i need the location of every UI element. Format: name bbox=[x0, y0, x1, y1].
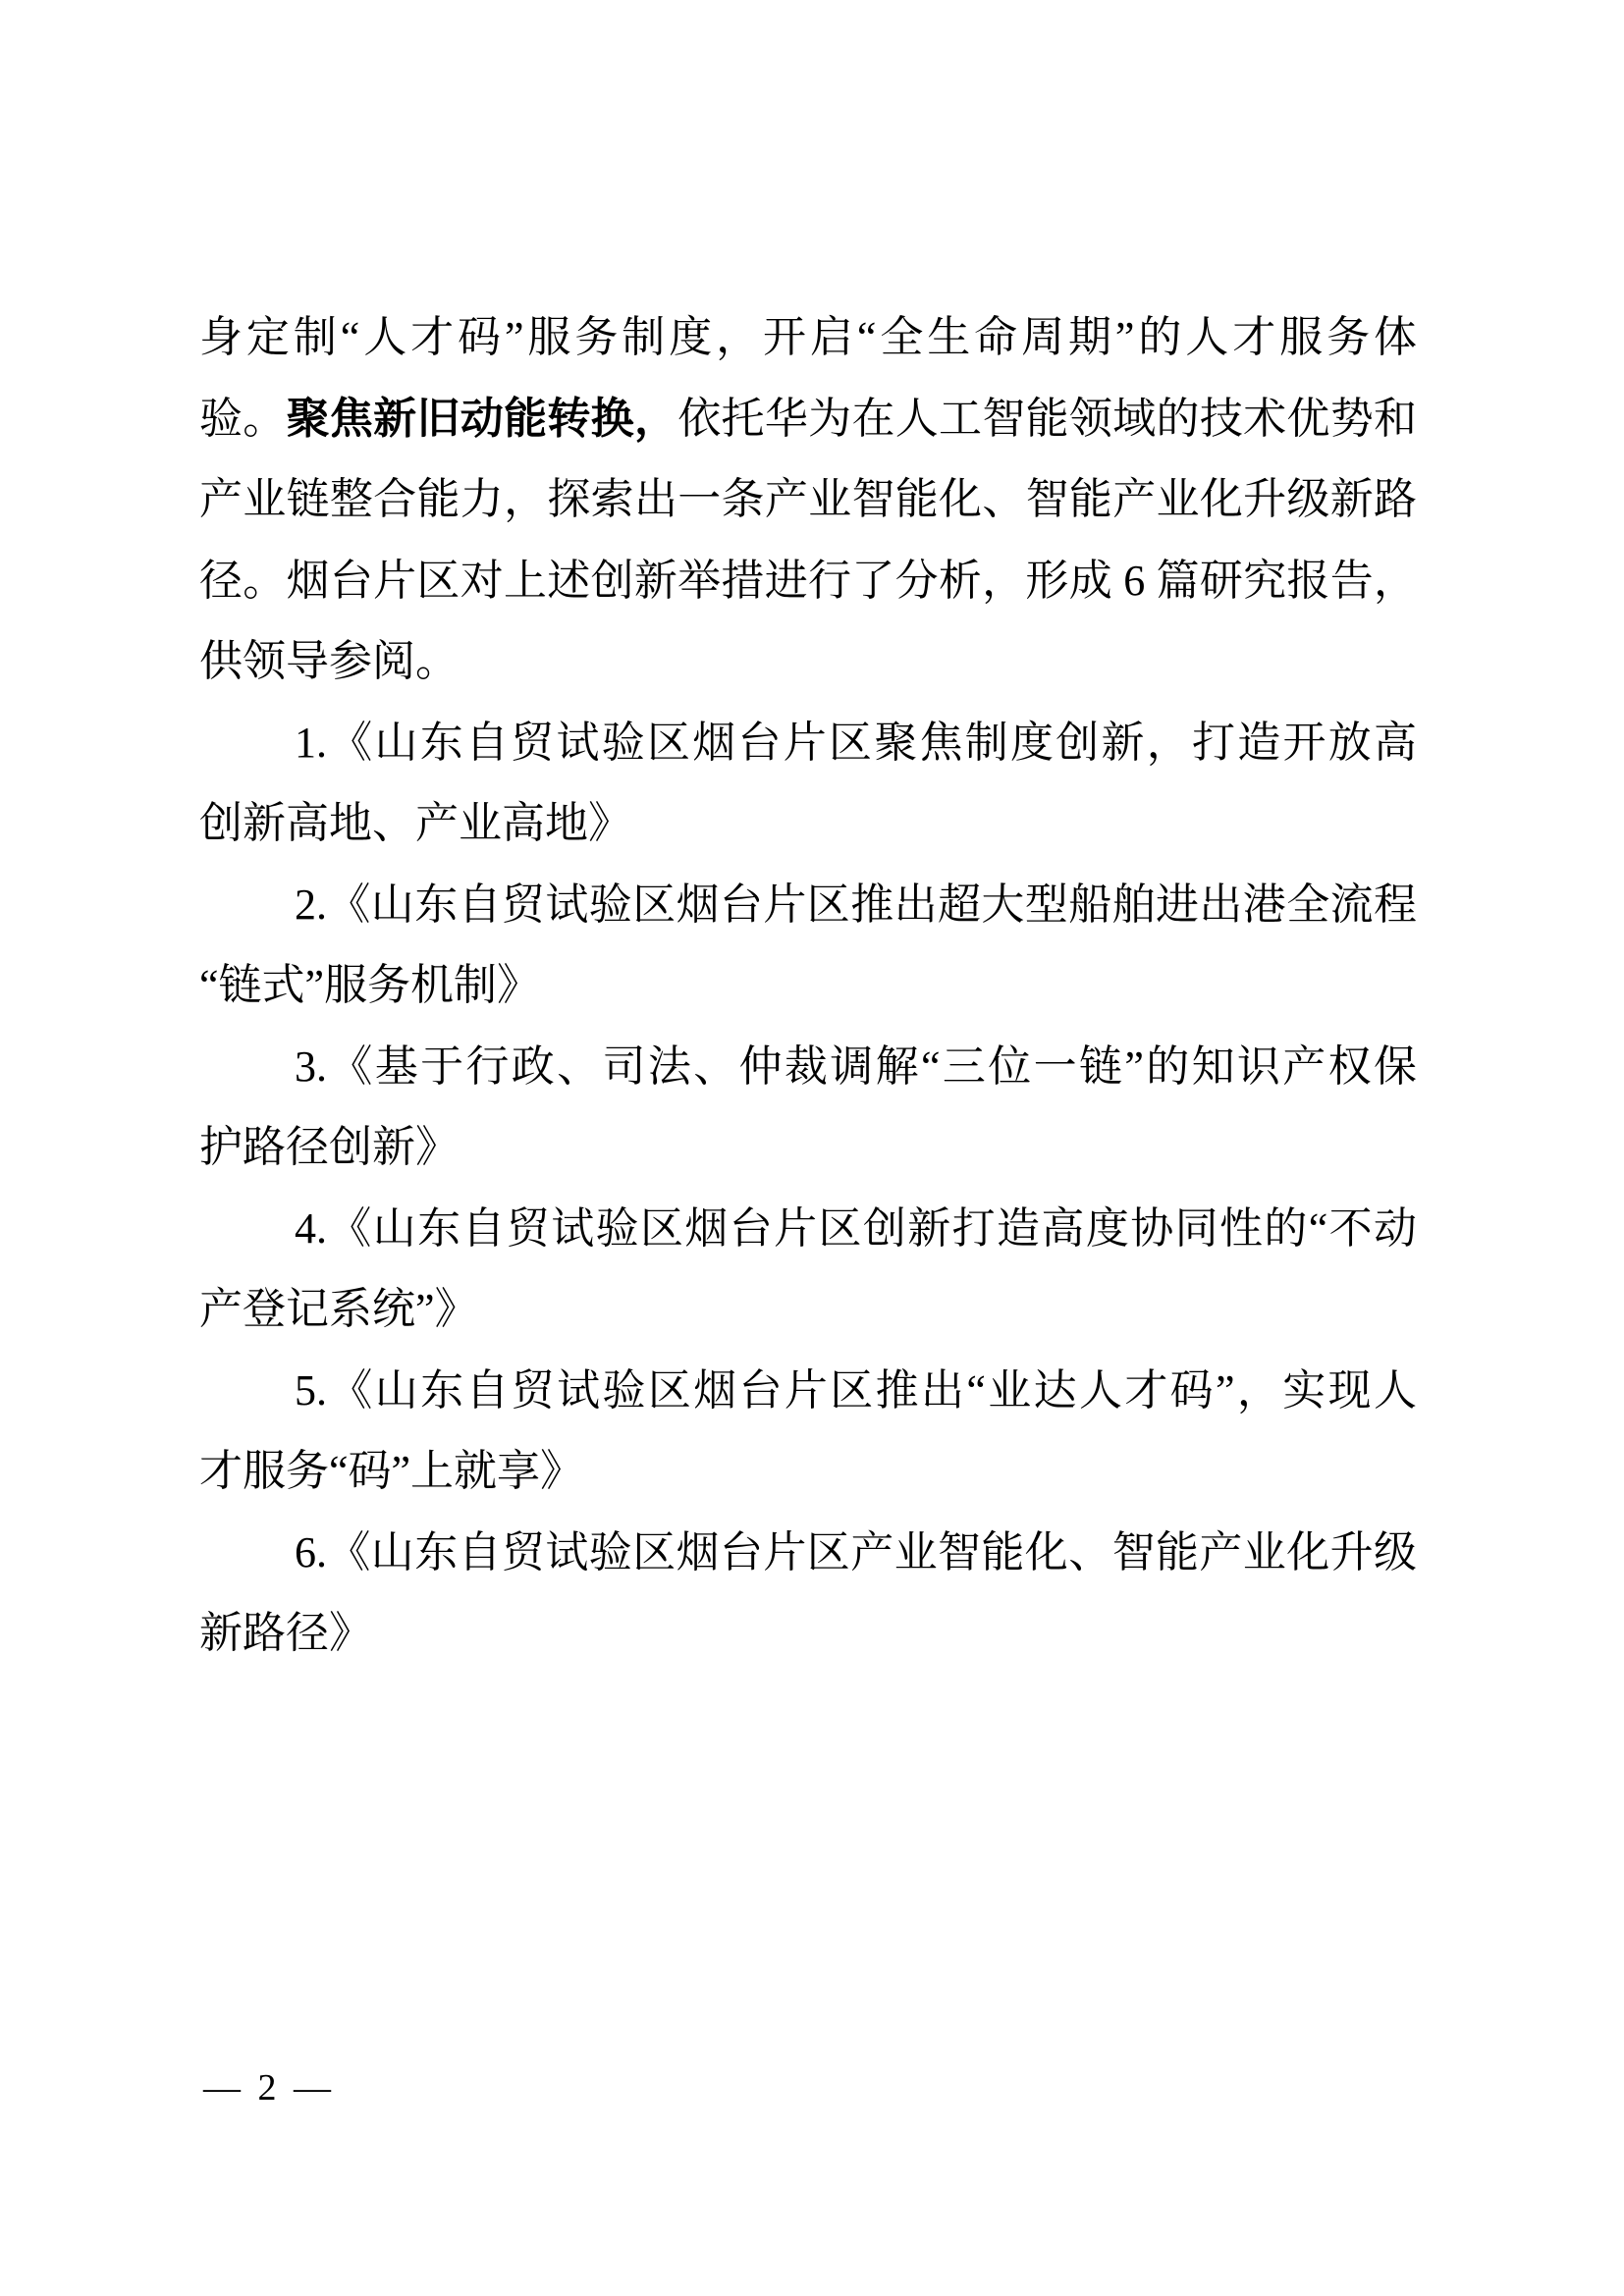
text-line: 供领导参阅。 bbox=[199, 621, 1417, 703]
report-item-3: 3.《基于行政、司法、仲裁调解“三位一链”的知识产权保护路径创新》 bbox=[199, 1027, 1417, 1189]
text-segment: 产业链整合能力，探索出一条产业智能化、智能产业化升级新路 bbox=[199, 475, 1417, 523]
text-line: 产登记系统”》 bbox=[199, 1269, 1417, 1351]
document-body: 身定制“人才码”服务制度，开启“全生命周期”的人才服务体验。聚焦新旧动能转换，依… bbox=[199, 297, 1417, 1675]
document-page: 身定制“人才码”服务制度，开启“全生命周期”的人才服务体验。聚焦新旧动能转换，依… bbox=[0, 0, 1624, 2296]
text-segment: 2.《山东自贸试验区烟台片区推出超大型船舶进出港全流程 bbox=[295, 881, 1417, 929]
text-line: 创新高地、产业高地》 bbox=[199, 783, 1417, 865]
text-line: 1.《山东自贸试验区烟台片区聚焦制度创新，打造开放高地、 bbox=[199, 703, 1417, 784]
text-segment: 3.《基于行政、司法、仲裁调解“三位一链”的知识产权保 bbox=[295, 1042, 1417, 1091]
text-segment: 新路径》 bbox=[199, 1609, 372, 1657]
text-segment: 验。 bbox=[199, 395, 287, 443]
text-segment: 供领导参阅。 bbox=[199, 637, 459, 685]
text-line: 6.《山东自贸试验区烟台片区产业智能化、智能产业化升级 bbox=[199, 1513, 1417, 1594]
text-line: 径。烟台片区对上述创新举措进行了分析，形成 6 篇研究报告， bbox=[199, 541, 1417, 622]
text-segment: 径。烟台片区对上述创新举措进行了分析，形成 6 篇研究报告， bbox=[199, 557, 1417, 605]
text-segment: 5.《山东自贸试验区烟台片区推出“业达人才码”，实现人 bbox=[295, 1366, 1417, 1415]
bold-emphasis: 聚焦新旧动能转换， bbox=[287, 395, 678, 443]
text-line: “链式”服务机制》 bbox=[199, 945, 1417, 1027]
text-segment: “链式”服务机制》 bbox=[199, 961, 540, 1009]
text-segment: 身定制“人才码”服务制度，开启“全生命周期”的人才服务体 bbox=[199, 313, 1417, 361]
text-line: 才服务“码”上就享》 bbox=[199, 1431, 1417, 1513]
text-line: 2.《山东自贸试验区烟台片区推出超大型船舶进出港全流程 bbox=[199, 865, 1417, 946]
paragraph-intro: 身定制“人才码”服务制度，开启“全生命周期”的人才服务体验。聚焦新旧动能转换，依… bbox=[199, 297, 1417, 703]
text-line: 4.《山东自贸试验区烟台片区创新打造高度协同性的“不动 bbox=[199, 1189, 1417, 1270]
text-line: 新路径》 bbox=[199, 1593, 1417, 1675]
report-item-5: 5.《山东自贸试验区烟台片区推出“业达人才码”，实现人才服务“码”上就享》 bbox=[199, 1351, 1417, 1513]
report-item-6: 6.《山东自贸试验区烟台片区产业智能化、智能产业化升级新路径》 bbox=[199, 1513, 1417, 1675]
text-segment: 依托华为在人工智能领域的技术优势和 bbox=[677, 395, 1417, 443]
text-line: 身定制“人才码”服务制度，开启“全生命周期”的人才服务体 bbox=[199, 297, 1417, 379]
text-line: 护路径创新》 bbox=[199, 1107, 1417, 1189]
text-line: 5.《山东自贸试验区烟台片区推出“业达人才码”，实现人 bbox=[199, 1351, 1417, 1432]
text-line: 产业链整合能力，探索出一条产业智能化、智能产业化升级新路 bbox=[199, 459, 1417, 541]
text-segment: 6.《山东自贸试验区烟台片区产业智能化、智能产业化升级 bbox=[295, 1528, 1417, 1576]
text-segment: 产登记系统”》 bbox=[199, 1285, 478, 1333]
text-segment: 才服务“码”上就享》 bbox=[199, 1447, 583, 1495]
text-segment: 4.《山东自贸试验区烟台片区创新打造高度协同性的“不动 bbox=[295, 1204, 1417, 1253]
text-segment: 护路径创新》 bbox=[199, 1123, 459, 1171]
text-segment: 创新高地、产业高地》 bbox=[199, 799, 631, 847]
text-line: 验。聚焦新旧动能转换，依托华为在人工智能领域的技术优势和 bbox=[199, 379, 1417, 460]
report-item-1: 1.《山东自贸试验区烟台片区聚焦制度创新，打造开放高地、创新高地、产业高地》 bbox=[199, 703, 1417, 865]
page-number: — 2 — bbox=[203, 2064, 335, 2111]
text-segment: 1.《山东自贸试验区烟台片区聚焦制度创新，打造开放高地、 bbox=[295, 719, 1417, 784]
report-item-2: 2.《山东自贸试验区烟台片区推出超大型船舶进出港全流程“链式”服务机制》 bbox=[199, 865, 1417, 1027]
text-line: 3.《基于行政、司法、仲裁调解“三位一链”的知识产权保 bbox=[199, 1027, 1417, 1108]
report-item-4: 4.《山东自贸试验区烟台片区创新打造高度协同性的“不动产登记系统”》 bbox=[199, 1189, 1417, 1351]
